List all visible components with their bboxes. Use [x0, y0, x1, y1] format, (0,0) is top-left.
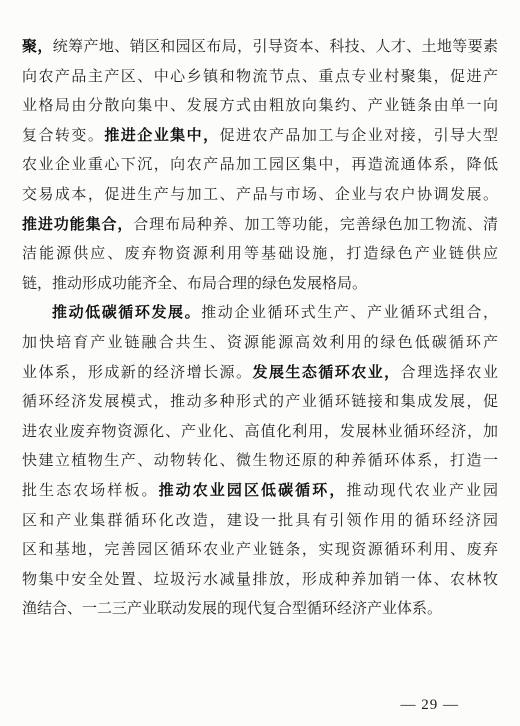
text-run: 渔结合、一二三产业联动发展的现代复合型循环经济产业体系。 — [22, 601, 442, 617]
text-run: 复合转变。 — [22, 128, 104, 144]
text-line: 快建立植物生产、动物转化、微生物还原的种养循环体系，打造一 — [22, 447, 498, 477]
text-run: 推动企业循环式生产、产业循环式组合， — [201, 305, 498, 321]
text-line: 洁能源供应、废弃物资源利用等基础设施，打造绿色产业链供应 — [22, 240, 498, 270]
text-line: 业体系，形成新的经济增长源。发展生态循环农业，合理选择农业 — [22, 359, 498, 389]
text-run: 交易成本，促进生产与加工、产品与市场、企业与农户协调发展。 — [22, 187, 498, 203]
text-run: 区和产业集群循环化改造，建设一批具有引领作用的循环经济园 — [22, 513, 498, 529]
text-run: 合理选择农业 — [401, 365, 498, 381]
text-line: 农业企业重心下沉，向农产品加工园区集中，再造流通体系，降低 — [22, 151, 498, 181]
text-run: 促进农产品加工与企业对接，引导大型 — [220, 128, 498, 144]
text-line: 批生态农场样板。推动农业园区低碳循环，推动现代农业产业园 — [22, 477, 498, 507]
text-run: 快建立植物生产、动物转化、微生物还原的种养循环体系，打造一 — [22, 453, 498, 469]
text-line: 业格局由分散向集中、发展方式由粗放向集约、产业链条由单一向 — [22, 92, 498, 122]
text-run: 加快培育产业链融合共生、资源能源高效利用的绿色低碳循环产 — [22, 335, 498, 351]
bold-heading-run: 推进企业集中， — [104, 128, 219, 144]
paragraph: 聚，统筹产地、销区和园区布局，引导资本、科技、人才、土地等要素向农产品主产区、中… — [22, 33, 498, 299]
text-run: 推动现代农业产业园 — [346, 483, 498, 499]
bold-heading-run: 发展生态循环农业， — [252, 365, 400, 381]
text-run: 统筹产地、销区和园区布局，引导资本、科技、人才、土地等要素 — [53, 39, 498, 55]
text-line: 循环经济发展模式，推动多种形式的产业循环链接和集成发展，促 — [22, 388, 498, 418]
text-run: 物集中安全处置、垃圾污水减量排放，形成种养加销一体、农林牧 — [22, 572, 498, 588]
document-body: 聚，统筹产地、销区和园区布局，引导资本、科技、人才、土地等要素向农产品主产区、中… — [22, 33, 498, 625]
bold-heading-run: 聚， — [22, 39, 53, 55]
text-line: 向农产品主产区、中心乡镇和物流节点、重点专业村聚集，促进产 — [22, 63, 498, 93]
text-line: 物集中安全处置、垃圾污水减量排放，形成种养加销一体、农林牧 — [22, 566, 498, 596]
text-line: 渔结合、一二三产业联动发展的现代复合型循环经济产业体系。 — [22, 595, 498, 625]
text-line: 推动低碳循环发展。推动企业循环式生产、产业循环式组合， — [22, 299, 498, 329]
page-number: — 29 — — [401, 697, 460, 714]
bold-heading-run: 推进功能集合， — [22, 217, 133, 233]
text-line: 聚，统筹产地、销区和园区布局，引导资本、科技、人才、土地等要素 — [22, 33, 498, 63]
text-run: 业格局由分散向集中、发展方式由粗放向集约、产业链条由单一向 — [22, 98, 498, 114]
bold-heading-run: 推动低碳循环发展。 — [52, 305, 201, 321]
text-line: 加快培育产业链融合共生、资源能源高效利用的绿色低碳循环产 — [22, 329, 498, 359]
paragraph: 推动低碳循环发展。推动企业循环式生产、产业循环式组合，加快培育产业链融合共生、资… — [22, 299, 498, 625]
bold-heading-run: 推动农业园区低碳循环， — [159, 483, 347, 499]
scanned-document-page: 聚，统筹产地、销区和园区布局，引导资本、科技、人才、土地等要素向农产品主产区、中… — [0, 0, 520, 726]
text-line: 推进功能集合，合理布局种养、加工等功能，完善绿色加工物流、清 — [22, 211, 498, 241]
text-line: 区和基地，完善园区循环农业产业链条，实现资源循环利用、废弃 — [22, 536, 498, 566]
text-run: 链，推动形成功能齐全、布局合理的绿色发展格局。 — [22, 276, 367, 292]
text-run: 区和基地，完善园区循环农业产业链条，实现资源循环利用、废弃 — [22, 542, 498, 558]
text-run: 循环经济发展模式，推动多种形式的产业循环链接和集成发展，促 — [22, 394, 498, 410]
text-run: 业体系，形成新的经济增长源。 — [22, 365, 252, 381]
text-run: 进农业废弃物资源化、产业化、高值化利用，发展林业循环经济，加 — [22, 424, 498, 440]
text-run: 批生态农场样板。 — [22, 483, 159, 499]
text-run: 洁能源供应、废弃物资源利用等基础设施，打造绿色产业链供应 — [22, 246, 498, 262]
text-run: 农业企业重心下沉，向农产品加工园区集中，再造流通体系，降低 — [22, 157, 498, 173]
text-run: 合理布局种养、加工等功能，完善绿色加工物流、清 — [133, 217, 498, 233]
text-run: 向农产品主产区、中心乡镇和物流节点、重点专业村聚集，促进产 — [22, 69, 498, 85]
text-line: 进农业废弃物资源化、产业化、高值化利用，发展林业循环经济，加 — [22, 418, 498, 448]
text-line: 链，推动形成功能齐全、布局合理的绿色发展格局。 — [22, 270, 498, 300]
text-line: 交易成本，促进生产与加工、产品与市场、企业与农户协调发展。 — [22, 181, 498, 211]
text-line: 复合转变。推进企业集中，促进农产品加工与企业对接，引导大型 — [22, 122, 498, 152]
text-line: 区和产业集群循环化改造，建设一批具有引领作用的循环经济园 — [22, 507, 498, 537]
